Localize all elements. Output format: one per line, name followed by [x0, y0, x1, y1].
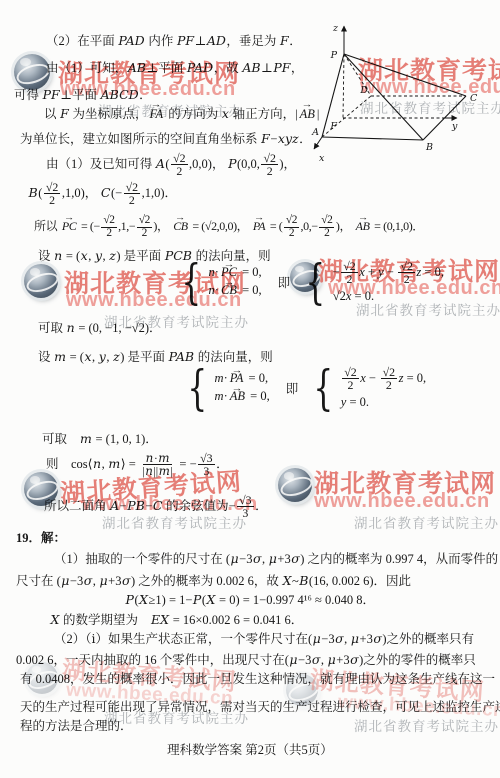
left-brace-icon: { — [306, 262, 326, 303]
system1-eq1: n·PC = 0, — [209, 265, 262, 280]
vertex-label-F: F — [329, 121, 337, 132]
axis-label-x: x — [319, 153, 325, 164]
equation-system-1: { n·PC = 0, n·CB = 0, 即 { −√22x + y − √2… — [176, 260, 444, 304]
globe-icon — [278, 468, 312, 502]
solution18-line5: 为单位长，建立如图所示的空间直角坐标系 F−xyz． — [20, 131, 312, 147]
solution19-formula: P(X≥1) = 1−P(X = 0) = 1−0.997 4¹⁶ ≈ 0.04… — [0, 592, 500, 608]
solution18-line13: 则 cos⟨n, m⟩ = n·m|n||m| = −√33． — [46, 452, 229, 478]
equation-system-2: { m·PA = 0, m·AB = 0, 即 { √22x − √22z = … — [182, 366, 426, 410]
watermark-sponsor: 湖北省教育考试院主办 — [354, 512, 499, 532]
system2-eq4: y = 0. — [341, 395, 369, 410]
edge-PB — [344, 54, 423, 140]
vertex-label-D: D — [359, 85, 368, 96]
solution19-line3: X 的数学期望为 EX = 16×0.002 6 = 0.041 6． — [50, 612, 303, 628]
solution18-line12: 可取 m = (1, 0, 1)． — [42, 431, 158, 447]
solution18-line8: 所以 PC = (−√22,1,−√22)， CB = (√2,0,0)， PA… — [34, 215, 424, 240]
system1-eq2: n·CB = 0, — [209, 283, 262, 298]
system1-eq3: −√22x + y − √22z = 0, — [333, 260, 444, 286]
x-axis — [314, 137, 322, 149]
exam-answer-page: z P D C F A B x y （2）在平面 PAD 内作 PF⊥AD，垂足… — [0, 0, 500, 778]
solution19-line1: （1）抽取的一个零件的尺寸在 (μ−3σ, μ+3σ) 之内的概率为 0.997… — [54, 551, 498, 567]
page-footer: 理科数学答案 第2页（共5页） — [0, 740, 500, 758]
solution18-line2: 由（1）可知，AB⊥平面 PAD，故 AB⊥PF， — [46, 60, 303, 76]
solution18-line14: 所以二面角 A−PB−C 的余弦值为−√33． — [44, 494, 268, 520]
edge-PF — [343, 54, 344, 118]
solution18-line11: 设 m = (x, y, z) 是平面 PAB 的法向量，则 — [38, 349, 273, 365]
watermark-lower-right: 湖北教育考试网 www.hbee.edu.cn 湖北省教育考试院主办 — [276, 460, 500, 532]
axis-label-z: z — [332, 23, 339, 34]
system2-eq2: m·AB = 0, — [215, 389, 270, 404]
vertex-label-B: B — [425, 142, 433, 153]
system2-connector: 即 — [286, 379, 299, 397]
solution19-line7: 天的生产过程可能出现了异常情况，需对当天的生产过程进行检查，可见上述监控生产过 — [20, 699, 500, 715]
vertex-label-A: A — [311, 127, 319, 138]
edge-AB — [322, 137, 423, 140]
solution18-line10: 可取 n = (0, −1, −√2)． — [38, 320, 162, 336]
axis-label-y: y — [451, 121, 458, 132]
question19-heading: 19．解： — [16, 530, 66, 546]
system1-eq4: √2x = 0. — [333, 289, 374, 304]
solution19-line2: 尺寸在 (μ−3σ, μ+3σ) 之外的概率为 0.002 6，故 X~B(16… — [16, 573, 411, 589]
globe-icon — [14, 54, 50, 90]
edge-AD — [322, 96, 371, 137]
pyramid-figure: z P D C F A B x y — [308, 14, 500, 166]
left-brace-icon: { — [187, 368, 207, 409]
vertex-label-C: C — [470, 93, 478, 104]
solution19-line4: （2）（ⅰ）如果生产状态正常，一个零件尺寸在(μ−3σ, μ+3σ)之外的概率只… — [54, 631, 474, 647]
vertex-label-P: P — [330, 50, 338, 61]
solution18-line7: B(√22,1,0)， C(−√22,1,0)． — [28, 181, 177, 207]
solution18-line6: 由（1）及已知可得 A(√22,0,0)， P(0,0,√22)， — [46, 152, 296, 178]
edge-BC — [423, 96, 466, 140]
solution18-line1: （2）在平面 PAD 内作 PF⊥AD，垂足为 F． — [46, 33, 302, 49]
globe-icon — [24, 264, 58, 298]
solution18-line3: 可得 PF⊥平面 ABCD． — [14, 87, 152, 103]
system1-connector: 即 — [278, 273, 291, 291]
watermark-sponsor: 湖北省教育考试院主办 — [354, 715, 499, 735]
left-brace-icon: { — [314, 368, 334, 409]
solution19-line5: 0.002 6，一天内抽取的 16 个零件中，出现尺寸在(μ−3σ, μ+3σ)… — [16, 652, 476, 668]
solution19-line6: 有 0.0408，发生的概率很小．因此一旦发生这种情况，就有理由认为这条生产线在… — [20, 671, 495, 687]
watermark-site-name: 湖北教育考试网 — [314, 464, 496, 500]
solution19-line8: 程的方法是合理的． — [20, 718, 133, 734]
left-brace-icon: { — [181, 262, 201, 303]
watermark-site-url: www.hbee.edu.cn — [314, 490, 490, 513]
solution18-line4: 以 F 为坐标原点，FA 的方向为 x 轴正方向，|AB| — [44, 106, 319, 122]
system2-eq3: √22x − √22z = 0, — [341, 366, 426, 392]
